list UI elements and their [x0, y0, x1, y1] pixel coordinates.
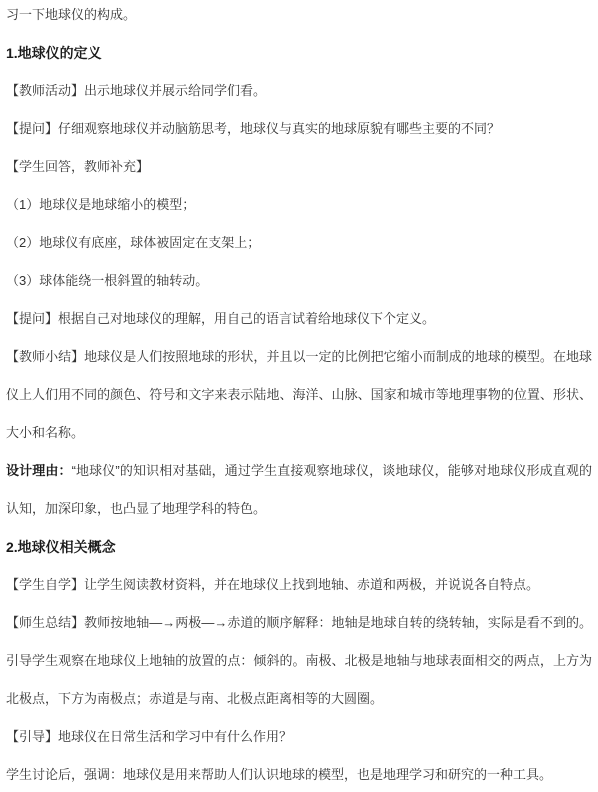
paragraph: 【学生自学】让学生阅读教材资料，并在地球仪上找到地轴、赤道和两极，并说说各自特点… [6, 566, 592, 604]
paragraph: 【提问】根据自己对地球仪的理解，用自己的语言试着给地球仪下个定义。 [6, 300, 592, 338]
paragraph: 【教师小结】地球仪是人们按照地球的形状，并且以一定的比例把它缩小而制成的地球的模… [6, 338, 592, 452]
paragraph: 【教师活动】出示地球仪并展示给同学们看。 [6, 72, 592, 110]
paragraph: 【引导】地球仪在日常生活和学习中有什么作用？ [6, 718, 592, 756]
paragraph: 习一下地球仪的构成。 [6, 0, 592, 34]
paragraph-body-text: “地球仪”的知识相对基础，通过学生直接观察地球仪，谈地球仪，能够对地球仪形成直观… [6, 463, 592, 516]
list-item-2: （2）地球仪有底座，球体被固定在支架上； [6, 224, 592, 262]
paragraph-design-reason: 设计理由：“地球仪”的知识相对基础，通过学生直接观察地球仪，谈地球仪，能够对地球… [6, 452, 592, 528]
paragraph-lead-label: 设计理由： [6, 463, 72, 478]
paragraph: 学生讨论后，强调：地球仪是用来帮助人们认识地球的模型，也是地理学习和研究的一种工… [6, 756, 592, 792]
paragraph: 【提问】仔细观察地球仪并动脑筋思考，地球仪与真实的地球原貌有哪些主要的不同？ [6, 110, 592, 148]
paragraph: 【学生回答，教师补充】 [6, 148, 592, 186]
section-heading-2: 2.地球仪相关概念 [6, 528, 592, 566]
section-heading-1: 1.地球仪的定义 [6, 34, 592, 72]
document-page: 习一下地球仪的构成。 1.地球仪的定义 【教师活动】出示地球仪并展示给同学们看。… [0, 0, 598, 792]
paragraph: 【师生总结】教师按地轴—→两极—→赤道的顺序解释：地轴是地球自转的绕转轴，实际是… [6, 604, 592, 718]
list-item-1: （1）地球仪是地球缩小的模型； [6, 186, 592, 224]
list-item-3: （3）球体能绕一根斜置的轴转动。 [6, 262, 592, 300]
